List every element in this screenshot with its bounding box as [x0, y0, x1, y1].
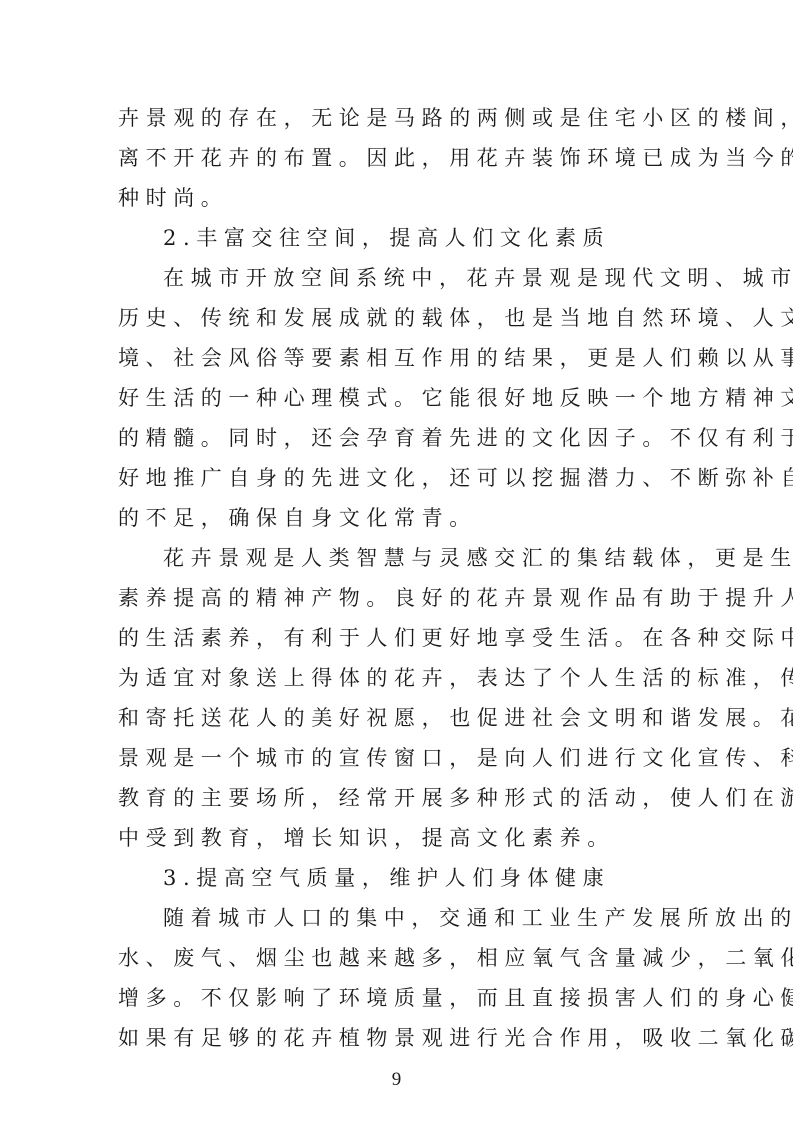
body-text-line: 中受到教育，增长知识，提高文化素养。 [118, 818, 615, 858]
page-number: 9 [0, 1068, 793, 1092]
paragraph-start: 在城市开放空间系统中，花卉景观是现代文明、城市、 [163, 258, 793, 298]
body-text-line: 境、社会风俗等要素相互作用的结果，更是人们赖以从事美 [118, 338, 793, 378]
body-text-line: 和寄托送花人的美好祝愿，也促进社会文明和谐发展。花卉 [118, 698, 793, 738]
body-text-line: 增多。不仅影响了环境质量，而且直接损害人们的身心健康。 [118, 978, 793, 1018]
body-text-line: 的生活素养，有利于人们更好地享受生活。在各种交际中， [118, 618, 793, 658]
body-text-line: 的精髓。同时，还会孕育着先进的文化因子。不仅有利于更 [118, 418, 793, 458]
section-heading: 2.丰富交往空间，提高人们文化素质 [163, 218, 610, 258]
body-text-line: 种时尚。 [118, 178, 228, 218]
body-text-line: 离不开花卉的布置。因此，用花卉装饰环境已成为当今的一 [118, 138, 793, 178]
body-text-line: 为适宜对象送上得体的花卉，表达了个人生活的标准，传递 [118, 658, 793, 698]
paragraph-start: 花卉景观是人类智慧与灵感交汇的集结载体，更是生活 [163, 538, 793, 578]
body-text-line: 好生活的一种心理模式。它能很好地反映一个地方精神文化 [118, 378, 793, 418]
body-text-line: 水、废气、烟尘也越来越多，相应氧气含量减少，二氧化碳 [118, 938, 793, 978]
body-text-line: 的不足，确保自身文化常青。 [118, 498, 477, 538]
body-text-line: 好地推广自身的先进文化，还可以挖掘潜力、不断弥补自身 [118, 458, 793, 498]
body-text-line: 景观是一个城市的宣传窗口，是向人们进行文化宣传、科普 [118, 738, 793, 778]
paragraph-start: 随着城市人口的集中，交通和工业生产发展所放出的废 [163, 898, 793, 938]
document-page: 卉景观的存在，无论是马路的两侧或是住宅小区的楼间，都 离不开花卉的布置。因此，用… [0, 0, 793, 1122]
section-heading: 3.提高空气质量，维护人们身体健康 [163, 858, 610, 898]
body-text-line: 如果有足够的花卉植物景观进行光合作用，吸收二氧化碳， [118, 1018, 793, 1058]
body-text-line: 教育的主要场所，经常开展多种形式的活动，使人们在游憩 [118, 778, 793, 818]
body-text-line: 历史、传统和发展成就的载体，也是当地自然环境、人文环 [118, 298, 793, 338]
body-text-line: 素养提高的精神产物。良好的花卉景观作品有助于提升人们 [118, 578, 793, 618]
body-text-line: 卉景观的存在，无论是马路的两侧或是住宅小区的楼间，都 [118, 98, 793, 138]
